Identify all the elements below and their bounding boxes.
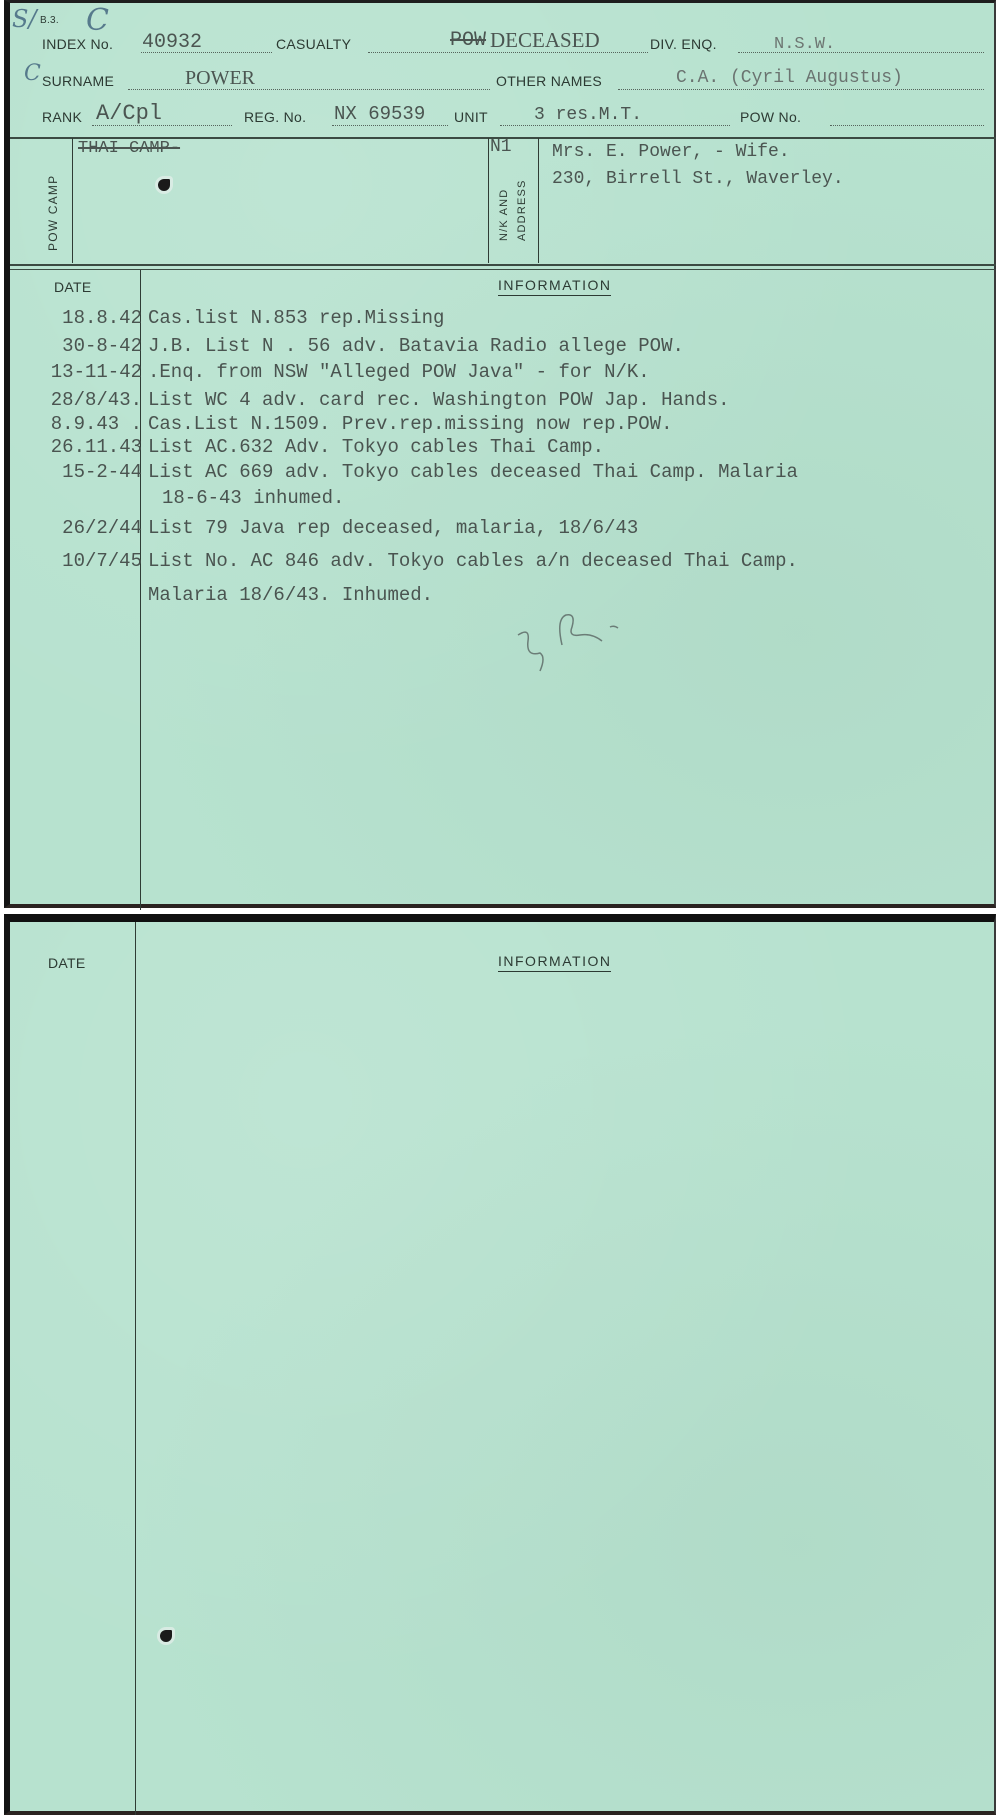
entry-text: List AC.632 Adv. Tokyo cables Thai Camp. <box>148 436 604 458</box>
entry-text: Cas.List N.1509. Prev.rep.missing now re… <box>148 413 673 435</box>
entry-date: 28/8/43. <box>10 389 142 411</box>
entry-text: List WC 4 adv. card rec. Washington POW … <box>148 389 730 411</box>
date-column-header-back: DATE <box>48 955 86 971</box>
unit-value: 3 res.M.T. <box>534 105 642 125</box>
nk-left-divider <box>488 138 489 263</box>
nk-code: N1 <box>490 137 512 157</box>
handwritten-initials <box>510 597 620 677</box>
information-column-header-back: INFORMATION <box>498 953 611 972</box>
index-no-value: 40932 <box>142 31 202 54</box>
nk-right-divider <box>538 138 539 263</box>
surname-label: SURNAME <box>42 73 114 89</box>
other-names-value: C.A. (Cyril Augustus) <box>676 68 903 88</box>
surname-value: POWER <box>185 67 255 90</box>
entry-text: Malaria 18/6/43. Inhumed. <box>148 584 433 606</box>
index-no-label: INDEX No. <box>42 36 113 52</box>
entry-text: J.B. List N . 56 adv. Batavia Radio alle… <box>148 335 684 357</box>
rank-label: RANK <box>42 109 82 125</box>
nk-label-line1: N/K AND <box>498 189 510 241</box>
entry-date: 26/2/44 <box>10 517 142 539</box>
entry-date: 10/7/45 <box>10 550 142 572</box>
form-code: B.3. <box>40 15 59 26</box>
entry-text: 18-6-43 inhumed. <box>162 487 344 509</box>
reg-no-dots <box>332 125 448 126</box>
record-card-back: DATE INFORMATION <box>4 914 996 1815</box>
other-names-label: OTHER NAMES <box>496 73 602 89</box>
nk-label-line2: ADDRESS <box>516 179 528 241</box>
entry-text: List AC 669 adv. Tokyo cables deceased T… <box>148 461 798 483</box>
handwritten-mark-c-2: C <box>24 61 41 86</box>
entry-date: 13-11-42 <box>10 361 142 383</box>
div-enq-label: DIV. ENQ. <box>650 36 717 52</box>
unit-label: UNIT <box>454 109 488 125</box>
entry-text: .Enq. from NSW "Alleged POW Java" - for … <box>148 361 650 383</box>
entry-date: 18.8.42 <box>10 307 142 329</box>
punch-hole-back <box>160 1630 172 1642</box>
section-double-rule-2 <box>10 269 996 270</box>
unit-dots <box>500 125 730 126</box>
nk-address-line1: Mrs. E. Power, - Wife. <box>552 142 790 162</box>
entry-date: 8.9.43 . <box>10 413 142 435</box>
casualty-struck-value: POW <box>450 29 486 52</box>
record-card-front: B.3. S/ C C INDEX No. 40932 CASUALTY POW… <box>4 0 996 908</box>
entry-date: 15-2-44 <box>10 461 142 483</box>
entry-text: List 79 Java rep deceased, malaria, 18/6… <box>148 517 638 539</box>
rank-value: A/Cpl <box>96 101 162 126</box>
handwritten-mark-s: S/ <box>12 5 37 33</box>
entry-text: List No. AC 846 adv. Tokyo cables a/n de… <box>148 550 798 572</box>
reg-no-value: NX 69539 <box>334 103 425 125</box>
pow-camp-label: POW CAMP <box>46 175 60 251</box>
nk-address-line2: 230, Birrell St., Waverley. <box>552 169 844 189</box>
casualty-value: DECEASED <box>490 28 600 53</box>
punch-hole <box>158 179 170 191</box>
pow-camp-divider <box>72 138 73 263</box>
other-names-dots <box>618 89 984 90</box>
pow-camp-value: THAI CAMP- <box>78 139 180 158</box>
pow-no-label: POW No. <box>740 109 801 125</box>
information-column-header: INFORMATION <box>498 277 611 296</box>
handwritten-mark-c: C <box>86 3 109 38</box>
pow-no-dots <box>830 125 984 126</box>
entry-date: 26.11.43 <box>10 436 142 458</box>
reg-no-label: REG. No. <box>244 109 306 125</box>
entry-text: Cas.list N.853 rep.Missing <box>148 307 444 329</box>
surname-dots <box>128 89 490 90</box>
entry-date: 30-8-42 <box>10 335 142 357</box>
div-enq-value: N.S.W. <box>774 35 835 54</box>
section-double-rule-1 <box>10 264 996 266</box>
date-column-divider-back <box>135 922 136 1815</box>
date-column-header: DATE <box>54 279 92 295</box>
casualty-label: CASUALTY <box>276 36 351 52</box>
